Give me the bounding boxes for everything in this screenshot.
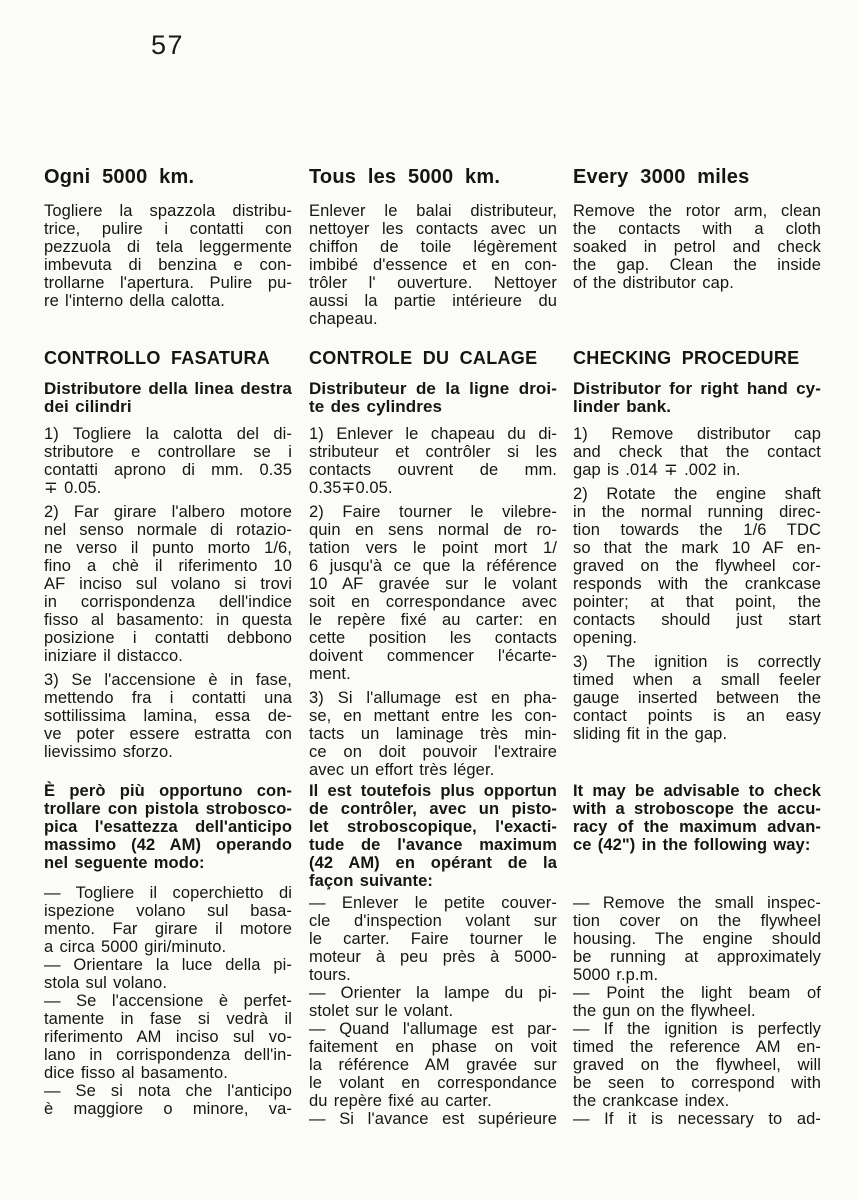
text-line: racy of the maximum advan-	[573, 818, 821, 836]
text-line: 3) The ignition is correctly	[573, 653, 821, 671]
text-line: be seen to correspond with	[573, 1074, 821, 1092]
text-line: 2) Faire tourner le vilebre-	[309, 503, 557, 521]
text-line: massimo (42 AM) operando	[44, 836, 292, 854]
text-line: the gun on the flywheel.	[573, 1002, 821, 1020]
text-line: linder bank.	[573, 398, 821, 416]
stroboscope-block: It may be advisable to checkwith a strob…	[573, 782, 821, 1128]
advance-steps: — Enlever le petite couver-cle d'inspect…	[309, 894, 557, 1128]
text-line: chapeau.	[309, 310, 557, 328]
text-line: aussi la partie intérieure du	[309, 292, 557, 310]
text-line: posizione i contatti debbono	[44, 629, 292, 647]
text-line: and check that the contact	[573, 443, 821, 461]
text-line: ispezione volano sul basa-	[44, 902, 292, 920]
text-line: Distributore della linea destra	[44, 380, 292, 398]
text-line: stributore e controllare se i	[44, 443, 292, 461]
text-line: soit en correspondance avec	[309, 593, 557, 611]
text-line: the crankcase index.	[573, 1092, 821, 1110]
text-line: moteur à peu près à 5000-	[309, 948, 557, 966]
text-line: avec un effort très léger.	[309, 761, 557, 779]
advance-step: — Se si nota che l'anticipoè maggiore o …	[44, 1082, 292, 1118]
text-line: sottilissima lamina, essa de-	[44, 707, 292, 725]
text-line: contacts ouvrent de mm.	[309, 461, 557, 479]
interval-block: Tous les 5000 km. Enlever le balai distr…	[309, 167, 557, 328]
text-line: — Si l'avance est supérieure	[309, 1110, 557, 1128]
text-line: fino a chè il riferimento 10	[44, 557, 292, 575]
text-line: — Se si nota che l'anticipo	[44, 1082, 292, 1100]
text-line: stolet sur le volant.	[309, 1002, 557, 1020]
advance-step: — Enlever le petite couver-cle d'inspect…	[309, 894, 557, 984]
text-line: ne verso il punto morto 1/6,	[44, 539, 292, 557]
advance-step: — If it is necessary to ad-	[573, 1110, 821, 1128]
text-line: 3) Se l'accensione è in fase,	[44, 671, 292, 689]
text-line: — If it is necessary to ad-	[573, 1110, 821, 1128]
text-line: — Remove the small inspec-	[573, 894, 821, 912]
advance-steps: — Remove the small inspec-tion cover on …	[573, 894, 821, 1128]
text-line: 1) Remove distributor cap	[573, 425, 821, 443]
numbered-step: 1) Togliere la calotta del di-stributore…	[44, 425, 292, 497]
text-line: tion towards the 1/6 TDC	[573, 521, 821, 539]
text-line: the contacts with a cloth	[573, 220, 821, 238]
text-line: be running at approximately	[573, 948, 821, 966]
timing-check-block: CONTROLLO FASATURA Distributore della li…	[44, 349, 292, 761]
text-line: — Orienter la lampe du pi-	[309, 984, 557, 1002]
numbered-step: 2) Faire tourner le vilebre-quin en sens…	[309, 503, 557, 683]
text-line: chiffon de toile légèrement	[309, 238, 557, 256]
text-line: dice fisso al basamento.	[44, 1064, 292, 1082]
text-line: contatti aprono di mm. 0.35	[44, 461, 292, 479]
text-line: AF inciso sul volano si trovi	[44, 575, 292, 593]
column-french: Tous les 5000 km. Enlever le balai distr…	[309, 0, 557, 1200]
text-line: responds with the crankcase	[573, 575, 821, 593]
numbered-step: 3) Si l'allumage est en pha-se, en metta…	[309, 689, 557, 779]
text-line: — If the ignition is perfectly	[573, 1020, 821, 1038]
section-subheading: Distributor for right hand cy-linder ban…	[573, 380, 821, 416]
timing-check-block: CHECKING PROCEDURE Distributor for right…	[573, 349, 821, 743]
text-line: te des cylindres	[309, 398, 557, 416]
text-line: cette position les contacts	[309, 629, 557, 647]
text-line: tours.	[309, 966, 557, 984]
text-line: È però più opportuno con-	[44, 782, 292, 800]
text-line: faitement en phase on voit	[309, 1038, 557, 1056]
text-line: re l'interno della calotta.	[44, 292, 292, 310]
advance-intro: Il est toutefois plus opportunde contrôl…	[309, 782, 557, 890]
text-line: 1) Enlever le chapeau du di-	[309, 425, 557, 443]
interval-paragraph: Remove the rotor arm, cleanthe contacts …	[573, 202, 821, 292]
text-line: gap is .014 ∓ .002 in.	[573, 461, 821, 479]
text-line: imbibé d'essence et en con-	[309, 256, 557, 274]
interval-paragraph: Enlever le balai distributeur,nettoyer l…	[309, 202, 557, 328]
text-line: de contrôler, avec un pisto-	[309, 800, 557, 818]
text-line: le carter. Faire tourner le	[309, 930, 557, 948]
interval-heading: Tous les 5000 km.	[309, 167, 557, 187]
advance-step: — Orientare la luce della pi-stola sul v…	[44, 956, 292, 992]
text-line: mento. Far girare il motore	[44, 920, 292, 938]
advance-steps: — Togliere il coperchietto diispezione v…	[44, 884, 292, 1118]
text-line: — Se l'accensione è perfet-	[44, 992, 292, 1010]
text-line: Remove the rotor arm, clean	[573, 202, 821, 220]
interval-block: Every 3000 miles Remove the rotor arm, c…	[573, 167, 821, 292]
text-line: graved on the flywheel cor-	[573, 557, 821, 575]
manual-page: { "page_number": "57", "columns": { "it"…	[0, 0, 858, 1200]
text-line: gauge inserted between the	[573, 689, 821, 707]
text-line: ce on doit pouvoir l'extraire	[309, 743, 557, 761]
section-heading: CHECKING PROCEDURE	[573, 349, 821, 368]
numbered-step: 2) Rotate the engine shaftin the normal …	[573, 485, 821, 647]
numbered-step: 3) The ignition is correctlytimed when a…	[573, 653, 821, 743]
text-line: tacts un laminage très min-	[309, 725, 557, 743]
interval-heading: Ogni 5000 km.	[44, 167, 292, 187]
text-line: 1) Togliere la calotta del di-	[44, 425, 292, 443]
section-subheading: Distributore della linea destradei cilin…	[44, 380, 292, 416]
text-line: è maggiore o minore, va-	[44, 1100, 292, 1118]
text-line: contacts should just start	[573, 611, 821, 629]
text-line: trollarne l'apertura. Pulire pu-	[44, 274, 292, 292]
text-line: — Point the light beam of	[573, 984, 821, 1002]
text-line: stributeur et contrôler si les	[309, 443, 557, 461]
text-line: opening.	[573, 629, 821, 647]
section-heading: CONTROLLO FASATURA	[44, 349, 292, 368]
text-line: in corrispondenza dell'indice	[44, 593, 292, 611]
numbered-step: 2) Far girare l'albero motorenel senso n…	[44, 503, 292, 665]
text-line: Distributor for right hand cy-	[573, 380, 821, 398]
text-line: lievissimo sforzo.	[44, 743, 292, 761]
text-line: façon suivante:	[309, 872, 557, 890]
interval-block: Ogni 5000 km. Togliere la spazzola distr…	[44, 167, 292, 310]
text-line: tamente in fase si vedrà il	[44, 1010, 292, 1028]
text-line: graved on the flywheel, will	[573, 1056, 821, 1074]
text-line: du repère fixé au carter.	[309, 1092, 557, 1110]
text-line: doivent commencer l'écarte-	[309, 647, 557, 665]
text-line: Togliere la spazzola distribu-	[44, 202, 292, 220]
advance-intro: It may be advisable to checkwith a strob…	[573, 782, 821, 854]
text-line: tion cover on the flywheel	[573, 912, 821, 930]
text-line: nel senso normale di rotazio-	[44, 521, 292, 539]
text-line: trollare con pistola strobosco-	[44, 800, 292, 818]
text-line: fisso al basamento: in questa	[44, 611, 292, 629]
text-line: — Enlever le petite couver-	[309, 894, 557, 912]
text-line: trôler l' ouverture. Nettoyer	[309, 274, 557, 292]
text-line: pica l'esattezza dell'anticipo	[44, 818, 292, 836]
text-line: with a stroboscope the accu-	[573, 800, 821, 818]
text-line: contact points is an easy	[573, 707, 821, 725]
text-line: 2) Far girare l'albero motore	[44, 503, 292, 521]
advance-step: — Togliere il coperchietto diispezione v…	[44, 884, 292, 956]
advance-step: — If the ignition is perfectlytimed the …	[573, 1020, 821, 1110]
text-line: timed when a small feeler	[573, 671, 821, 689]
text-line: the gap. Clean the inside	[573, 256, 821, 274]
text-line: of the distributor cap.	[573, 274, 821, 292]
text-line: quin en sens normal de ro-	[309, 521, 557, 539]
text-line: 2) Rotate the engine shaft	[573, 485, 821, 503]
text-line: Distributeur de la ligne droi-	[309, 380, 557, 398]
advance-step: — Quand l'allumage est par-faitement en …	[309, 1020, 557, 1110]
text-line: sliding fit in the gap.	[573, 725, 821, 743]
text-line: stola sul volano.	[44, 974, 292, 992]
stroboscope-block: È però più opportuno con-trollare con pi…	[44, 782, 292, 1118]
text-line: 0.35∓0.05.	[309, 479, 557, 497]
text-line: iniziare il distacco.	[44, 647, 292, 665]
numbered-step: 3) Se l'accensione è in fase,mettendo fr…	[44, 671, 292, 761]
timing-check-block: CONTROLE DU CALAGE Distributeur de la li…	[309, 349, 557, 779]
text-line: trice, pulire i contatti con	[44, 220, 292, 238]
text-line: 3) Si l'allumage est en pha-	[309, 689, 557, 707]
numbered-step: 1) Remove distributor capand check that …	[573, 425, 821, 479]
interval-paragraph: Togliere la spazzola distribu-trice, pul…	[44, 202, 292, 310]
text-line: timed the reference AM en-	[573, 1038, 821, 1056]
text-line: ve poter essere estratta con	[44, 725, 292, 743]
text-line: It may be advisable to check	[573, 782, 821, 800]
text-line: Enlever le balai distributeur,	[309, 202, 557, 220]
text-line: — Quand l'allumage est par-	[309, 1020, 557, 1038]
interval-heading: Every 3000 miles	[573, 167, 821, 187]
text-line: le volant en correspondance	[309, 1074, 557, 1092]
column-italian: Ogni 5000 km. Togliere la spazzola distr…	[44, 0, 292, 1200]
advance-step: — Remove the small inspec-tion cover on …	[573, 894, 821, 984]
text-line: (42 AM) en opérant de la	[309, 854, 557, 872]
text-line: ∓ 0.05.	[44, 479, 292, 497]
text-line: 10 AF gravée sur le volant	[309, 575, 557, 593]
text-line: housing. The engine should	[573, 930, 821, 948]
text-line: imbevuta di benzina e con-	[44, 256, 292, 274]
numbered-step: 1) Enlever le chapeau du di-stributeur e…	[309, 425, 557, 497]
advance-step: — Orienter la lampe du pi-stolet sur le …	[309, 984, 557, 1020]
text-line: ce (42") in the following way:	[573, 836, 821, 854]
advance-step: — Si l'avance est supérieure	[309, 1110, 557, 1128]
text-line: let stroboscopique, l'exacti-	[309, 818, 557, 836]
text-line: pezzuola di tela leggermente	[44, 238, 292, 256]
text-line: pointer; at that point, the	[573, 593, 821, 611]
text-line: dei cilindri	[44, 398, 292, 416]
text-line: riferimento AM inciso sul vo-	[44, 1028, 292, 1046]
text-line: Il est toutefois plus opportun	[309, 782, 557, 800]
advance-step: — Point the light beam ofthe gun on the …	[573, 984, 821, 1020]
text-line: la référence AM gravée sur	[309, 1056, 557, 1074]
text-line: lano in corrispondenza dell'in-	[44, 1046, 292, 1064]
text-line: se, en mettant entre les con-	[309, 707, 557, 725]
stroboscope-block: Il est toutefois plus opportunde contrôl…	[309, 782, 557, 1128]
text-line: mettendo fra i contatti una	[44, 689, 292, 707]
column-english: Every 3000 miles Remove the rotor arm, c…	[573, 0, 821, 1200]
text-line: 5000 r.p.m.	[573, 966, 821, 984]
text-line: a circa 5000 giri/minuto.	[44, 938, 292, 956]
text-line: soaked in petrol and check	[573, 238, 821, 256]
text-line: le repère fixé au carter: en	[309, 611, 557, 629]
section-heading: CONTROLE DU CALAGE	[309, 349, 557, 368]
text-line: tude de l'avance maximum	[309, 836, 557, 854]
advance-intro: È però più opportuno con-trollare con pi…	[44, 782, 292, 872]
text-line: nettoyer les contacts avec un	[309, 220, 557, 238]
advance-step: — Se l'accensione è perfet-tamente in fa…	[44, 992, 292, 1082]
text-line: so that the mark 10 AF en-	[573, 539, 821, 557]
text-line: tation vers le point mort 1/	[309, 539, 557, 557]
text-line: cle d'inspection volant sur	[309, 912, 557, 930]
text-line: — Togliere il coperchietto di	[44, 884, 292, 902]
text-line: in the normal running direc-	[573, 503, 821, 521]
section-subheading: Distributeur de la ligne droi-te des cyl…	[309, 380, 557, 416]
text-line: — Orientare la luce della pi-	[44, 956, 292, 974]
text-line: nel seguente modo:	[44, 854, 292, 872]
text-line: ment.	[309, 665, 557, 683]
text-line: 6 jusqu'à ce que la référence	[309, 557, 557, 575]
